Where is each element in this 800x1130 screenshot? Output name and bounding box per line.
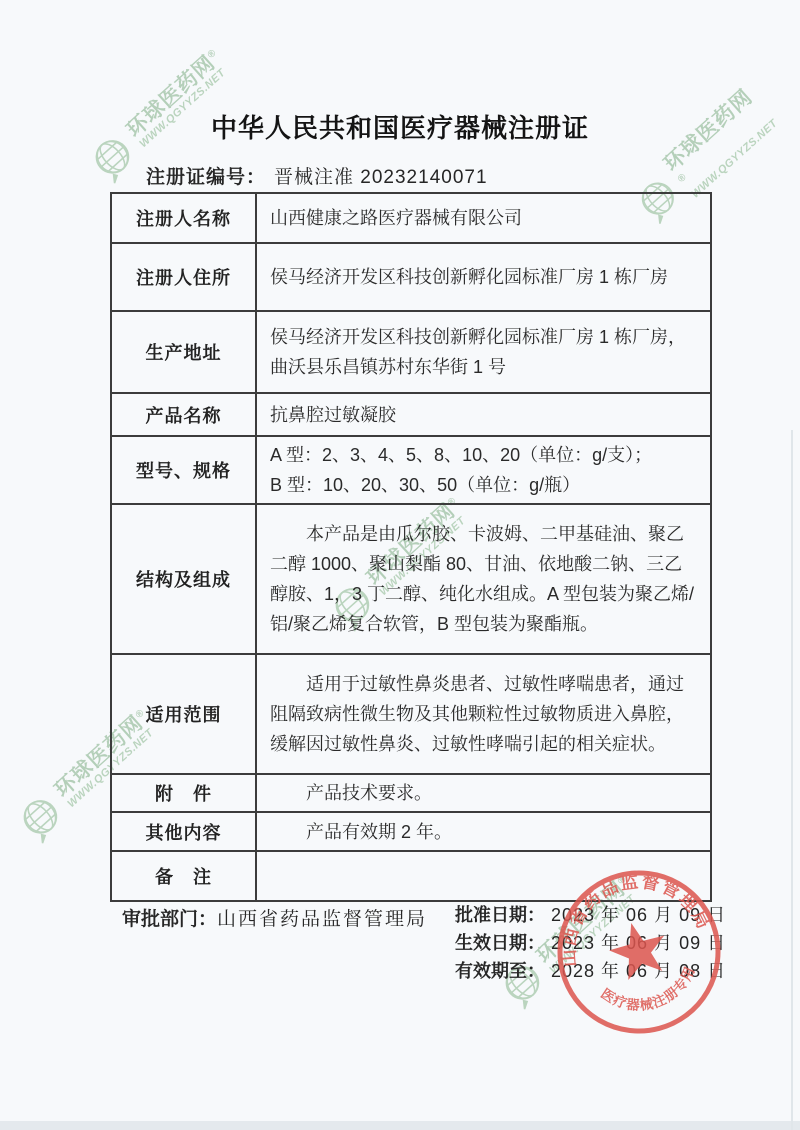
row-label: 注册人名称 <box>111 193 256 243</box>
row-value: 侯马经济开发区科技创新孵化园标准厂房 1 栋厂房 <box>256 243 711 311</box>
expiry-date: 有效期至：2028 年 06 月 08 日 <box>455 957 726 985</box>
table-row: 产品名称 抗鼻腔过敏凝胶 <box>111 393 711 436</box>
row-label: 结构及组成 <box>111 504 256 654</box>
row-value: 产品技术要求。 <box>256 774 711 812</box>
table-row: 注册人名称 山西健康之路医疗器械有限公司 <box>111 193 711 243</box>
approval-department: 审批部门：山西省药品监督管理局 <box>122 904 427 931</box>
certificate-page: 环球医药网® WWW.QGYYZS.NET 环球医药网® WWW.QGYYZS.… <box>0 0 800 1130</box>
table-row: 备 注 <box>111 851 711 901</box>
row-value: 侯马经济开发区科技创新孵化园标准厂房 1 栋厂房，曲沃县乐昌镇苏村东华街 1 号 <box>256 311 711 393</box>
registered-mark-icon: ® <box>676 171 690 185</box>
row-value: 适用于过敏性鼻炎患者、过敏性哮喘患者，通过阻隔致病性微生物及其他颗粒性过敏物质进… <box>256 654 711 774</box>
row-label: 其他内容 <box>111 812 256 851</box>
scan-edge-right <box>791 430 793 1130</box>
row-value: 抗鼻腔过敏凝胶 <box>256 393 711 436</box>
row-label: 型号、规格 <box>111 436 256 504</box>
row-label: 产品名称 <box>111 393 256 436</box>
page-title: 中华人民共和国医疗器械注册证 <box>0 108 800 145</box>
approval-date: 批准日期：2023 年 06 月 09 日 <box>455 901 726 929</box>
table-row: 附 件 产品技术要求。 <box>111 774 711 812</box>
row-value <box>256 851 711 901</box>
certificate-number-value: 晋械注准 20232140071 <box>274 167 488 188</box>
row-label: 适用范围 <box>111 654 256 774</box>
table-row: 注册人住所 侯马经济开发区科技创新孵化园标准厂房 1 栋厂房 <box>111 243 711 311</box>
effective-date: 生效日期：2023 年 06 月 09 日 <box>455 929 726 957</box>
row-value: 山西健康之路医疗器械有限公司 <box>256 193 711 243</box>
scan-edge-bottom <box>0 1121 800 1130</box>
table-row: 适用范围 适用于过敏性鼻炎患者、过敏性哮喘患者，通过阻隔致病性微生物及其他颗粒性… <box>111 654 711 774</box>
approval-department-label: 审批部门： <box>122 909 217 930</box>
row-value: 产品有效期 2 年。 <box>256 812 711 851</box>
table-row: 结构及组成 本产品是由瓜尔胶、卡波姆、二甲基硅油、聚乙二醇 1000、聚山梨酯 … <box>111 504 711 654</box>
globe-icon <box>9 785 74 850</box>
footer: 审批部门：山西省药品监督管理局 批准日期：2023 年 06 月 09 日 生效… <box>110 900 712 990</box>
row-value: A 型：2、3、4、5、8、10、20（单位：g/支）； B 型：10、20、3… <box>256 436 711 504</box>
row-label: 备 注 <box>111 851 256 901</box>
registered-mark-icon: ® <box>206 47 220 61</box>
certificate-number-label: 注册证编号： <box>146 167 266 188</box>
spec-line-b: B 型：10、20、30、50（单位：g/瓶） <box>270 470 700 500</box>
table-row: 其他内容 产品有效期 2 年。 <box>111 812 711 851</box>
certificate-number: 注册证编号：晋械注准 20232140071 <box>146 162 488 189</box>
dates-block: 批准日期：2023 年 06 月 09 日 生效日期：2023 年 06 月 0… <box>455 901 726 985</box>
table-row: 生产地址 侯马经济开发区科技创新孵化园标准厂房 1 栋厂房，曲沃县乐昌镇苏村东华… <box>111 311 711 393</box>
row-value: 本产品是由瓜尔胶、卡波姆、二甲基硅油、聚乙二醇 1000、聚山梨酯 80、甘油、… <box>256 504 711 654</box>
table-row: 型号、规格 A 型：2、3、4、5、8、10、20（单位：g/支）； B 型：1… <box>111 436 711 504</box>
spec-line-a: A 型：2、3、4、5、8、10、20（单位：g/支）； <box>270 440 700 470</box>
row-label: 附 件 <box>111 774 256 812</box>
row-label: 生产地址 <box>111 311 256 393</box>
row-label: 注册人住所 <box>111 243 256 311</box>
certificate-table: 注册人名称 山西健康之路医疗器械有限公司 注册人住所 侯马经济开发区科技创新孵化… <box>110 192 712 902</box>
approval-department-value: 山西省药品监督管理局 <box>217 909 427 930</box>
